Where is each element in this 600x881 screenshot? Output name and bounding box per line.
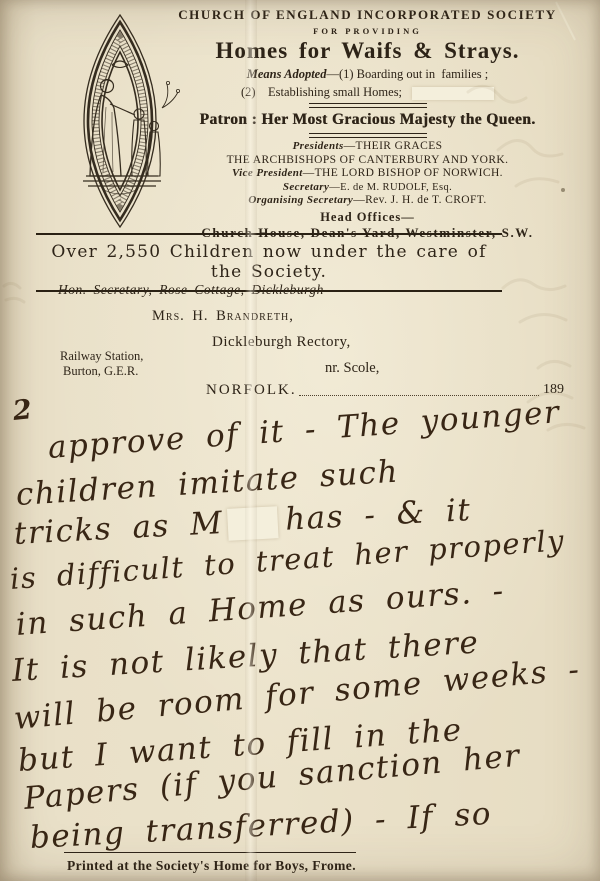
- double-rule-divider: [309, 133, 427, 138]
- means-adopted-line2: (2) Establishing small Homes;: [140, 85, 595, 100]
- date-leader-line: [299, 381, 539, 396]
- society-name: CHURCH OF ENGLAND INCORPORATED SOCIETY: [140, 6, 595, 23]
- address-rectory: Dickleburgh Rectory,: [212, 334, 351, 351]
- address-near-scole: nr. Scole,: [325, 360, 379, 377]
- redaction-box: [412, 87, 494, 100]
- railway-station-line1: Railway Station,: [60, 349, 143, 364]
- letter-page: CHURCH OF ENGLAND INCORPORATED SOCIETY F…: [0, 0, 600, 881]
- secretary-text: —E. de M. RUDOLF, Esq.: [329, 182, 452, 193]
- printer-imprint: Printed at the Society's Home for Boys, …: [67, 858, 356, 874]
- redaction-box: [227, 506, 279, 541]
- for-providing-line: FOR PROVIDING: [140, 25, 595, 37]
- organising-secretary-text: —Rev. J. H. de T. CROFT.: [353, 194, 486, 206]
- means-adopted-text: —(1) Boarding out in families ;: [326, 67, 488, 81]
- secretary-line: Secretary—E. de M. RUDOLF, Esq.: [140, 181, 595, 195]
- vice-president-label: Vice President: [232, 167, 303, 179]
- means-adopted-label: Means Adopted: [247, 67, 327, 81]
- presidents-line2: THE ARCHBISHOPS OF CANTERBURY AND YORK.: [140, 154, 595, 168]
- handwritten-page-number: 2: [11, 392, 35, 430]
- double-rule-divider: [309, 103, 427, 108]
- organising-secretary-label: Organising Secretary: [248, 194, 353, 206]
- handwriting-line: approve of it - The younger: [47, 394, 562, 466]
- means-line2-text: (2) Establishing small Homes;: [241, 85, 402, 99]
- vice-president-line: Vice President—THE LORD BISHOP OF NORWIC…: [140, 167, 595, 181]
- secretary-label: Secretary: [283, 181, 329, 193]
- footer-rule: [64, 852, 356, 853]
- railway-station-line2: Burton, G.E.R.: [63, 364, 138, 379]
- presidents-text: —THEIR GRACES: [344, 140, 443, 152]
- head-offices-label: Head Offices—: [140, 210, 595, 225]
- means-adopted-line1: Means Adopted—(1) Boarding out in famili…: [140, 67, 595, 82]
- presidents-line1: Presidents—THEIR GRACES: [140, 140, 595, 154]
- patron-line: Patron : Her Most Gracious Majesty the Q…: [140, 110, 595, 130]
- vice-president-text: —THE LORD BISHOP OF NORWICH.: [303, 167, 503, 179]
- handwriting-line3-pre: tricks as M: [13, 505, 224, 552]
- organising-secretary-line: Organising Secretary—Rev. J. H. de T. CR…: [140, 194, 595, 208]
- presidents-label: Presidents: [293, 140, 344, 152]
- recipient-name: Mrs. H. Brandreth,: [152, 308, 294, 325]
- hon-secretary-line: Hon. Secretary, Rose Cottage, Dickleburg…: [58, 282, 336, 298]
- page-title: Homes for Waifs & Strays.: [140, 37, 595, 64]
- address-county: NORFOLK.: [206, 382, 297, 399]
- printed-letterhead: CHURCH OF ENGLAND INCORPORATED SOCIETY F…: [140, 6, 595, 240]
